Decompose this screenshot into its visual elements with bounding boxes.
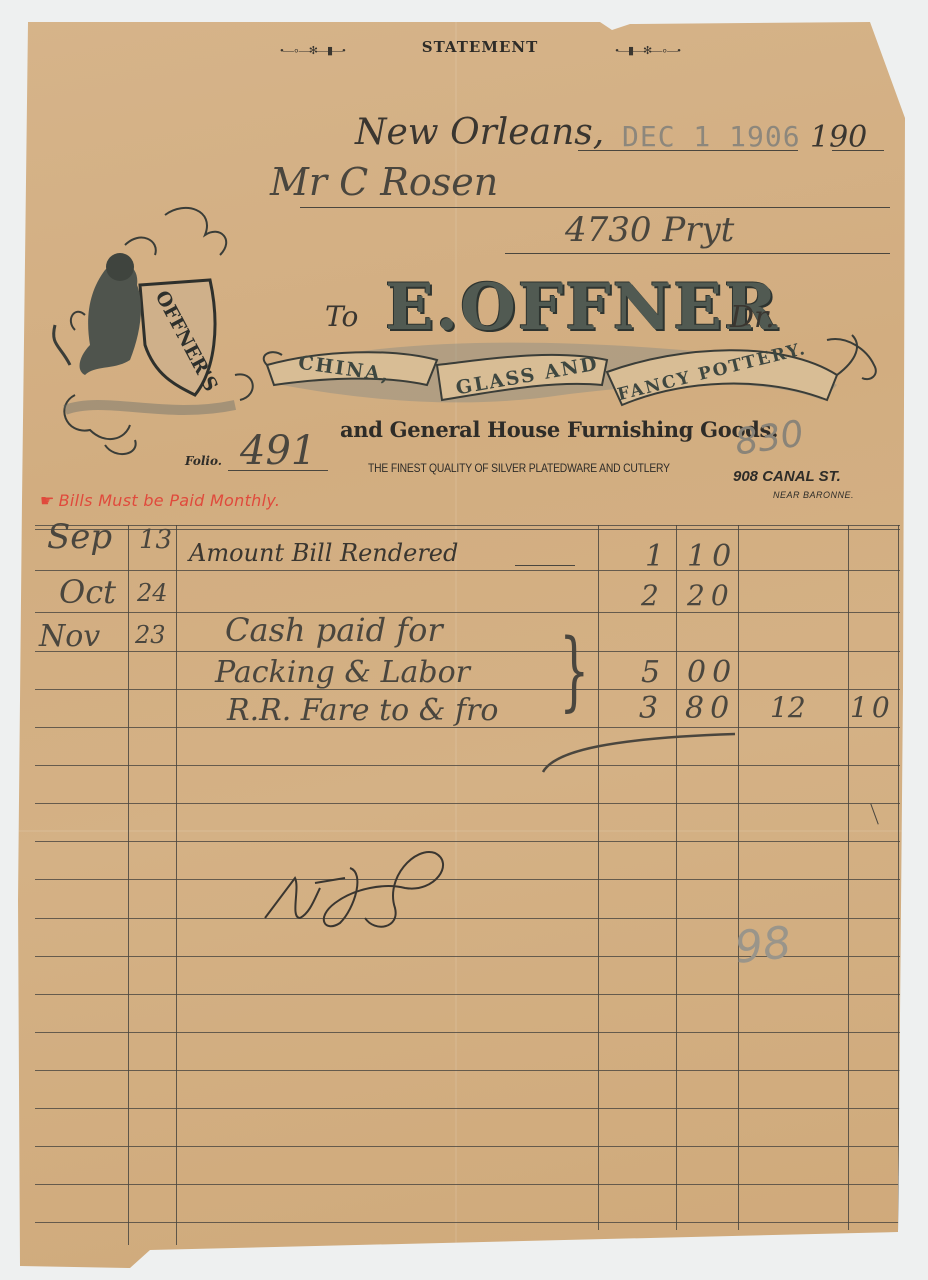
row-rule bbox=[35, 612, 900, 613]
terms-text: Bills Must be Paid Monthly. bbox=[59, 491, 281, 510]
entry-month: Sep bbox=[47, 517, 112, 557]
street-address: 908 CANAL ST. bbox=[733, 468, 841, 485]
total-cents: 10 bbox=[850, 691, 894, 724]
folio-label: Folio. bbox=[185, 454, 222, 468]
col-rule-desc bbox=[598, 525, 599, 1230]
row-rule bbox=[35, 1184, 900, 1185]
row-rule bbox=[35, 765, 900, 766]
flourish-stroke-icon bbox=[535, 720, 745, 780]
row-rule bbox=[35, 994, 900, 995]
entry-description: Packing & Labor bbox=[215, 655, 470, 690]
col-rule-month bbox=[128, 525, 129, 1245]
customer-address: 4730 Pryt bbox=[565, 210, 734, 250]
row-rule bbox=[35, 1070, 900, 1071]
ornament-left-icon: •—∘—✻—▮—• bbox=[280, 44, 345, 57]
col-rule-cents bbox=[738, 525, 739, 1230]
pencil-note-top: 830 bbox=[732, 413, 806, 463]
folio-number: 491 bbox=[240, 428, 316, 474]
row-rule bbox=[35, 1108, 900, 1109]
row-rule bbox=[35, 651, 900, 652]
entry-day: 13 bbox=[139, 525, 172, 555]
row-rule bbox=[35, 841, 900, 842]
lion-crest-icon: OFFNER'S bbox=[45, 195, 270, 465]
entry-cents: 20 bbox=[687, 579, 735, 612]
row-rule bbox=[35, 1032, 900, 1033]
customer-name: Mr C Rosen bbox=[270, 160, 498, 204]
entry-cents: 00 bbox=[687, 655, 737, 690]
row-rule bbox=[35, 570, 900, 571]
pointing-hand-icon: ☛ bbox=[40, 491, 55, 510]
street-note: NEAR BARONNE. bbox=[773, 490, 854, 500]
statement-header: •—∘—✻—▮—• STATEMENT •—▮—✻—∘—• bbox=[270, 38, 690, 57]
entry-description: R.R. Fare to & fro bbox=[227, 693, 498, 728]
entry-day: 23 bbox=[135, 621, 166, 649]
pencil-note-bottom: 98 bbox=[732, 917, 793, 974]
row-rule bbox=[35, 1146, 900, 1147]
customer-underline bbox=[300, 207, 890, 208]
entry-cents: 10 bbox=[687, 539, 737, 574]
entry-month: Oct bbox=[59, 573, 116, 611]
statement-title: STATEMENT bbox=[422, 38, 539, 56]
ornament-right-icon: •—▮—✻—∘—• bbox=[615, 44, 680, 57]
entry-dollars: 2 bbox=[641, 579, 659, 612]
entry-description: Amount Bill Rendered bbox=[189, 539, 458, 567]
entry-dollars: 5 bbox=[641, 655, 660, 690]
quality-line: THE FINEST QUALITY OF SILVER PLATEDWARE … bbox=[368, 461, 670, 475]
col-rule-total bbox=[848, 525, 849, 1230]
to-label: To bbox=[325, 300, 358, 333]
tagline: and General House Furnishing Goods. bbox=[340, 417, 778, 442]
row-rule bbox=[35, 1222, 900, 1223]
statement-paper: •—∘—✻—▮—• STATEMENT •—▮—✻—∘—• New Orlean… bbox=[0, 0, 928, 1280]
date-stamp: DEC 1 1906 bbox=[622, 120, 801, 153]
col-rule-day bbox=[176, 525, 177, 1245]
entry-description: Cash paid for bbox=[225, 611, 443, 649]
total-dollars: 12 bbox=[770, 691, 806, 724]
entry-dollars: 1 bbox=[645, 539, 664, 574]
entry-day: 24 bbox=[137, 579, 168, 607]
desc-underline bbox=[515, 565, 575, 566]
grouping-brace-icon: } bbox=[559, 621, 589, 721]
entry-month: Nov bbox=[39, 619, 100, 654]
row-rule bbox=[35, 803, 900, 804]
initials-signature-icon: W.H. bbox=[255, 848, 475, 938]
place: New Orleans, bbox=[355, 112, 604, 153]
year-underline bbox=[832, 150, 884, 151]
address-underline bbox=[505, 253, 890, 254]
col-rule-right bbox=[898, 525, 899, 1230]
col-rule-dollars bbox=[676, 525, 677, 1230]
payment-terms: ☛Bills Must be Paid Monthly. bbox=[40, 491, 280, 510]
